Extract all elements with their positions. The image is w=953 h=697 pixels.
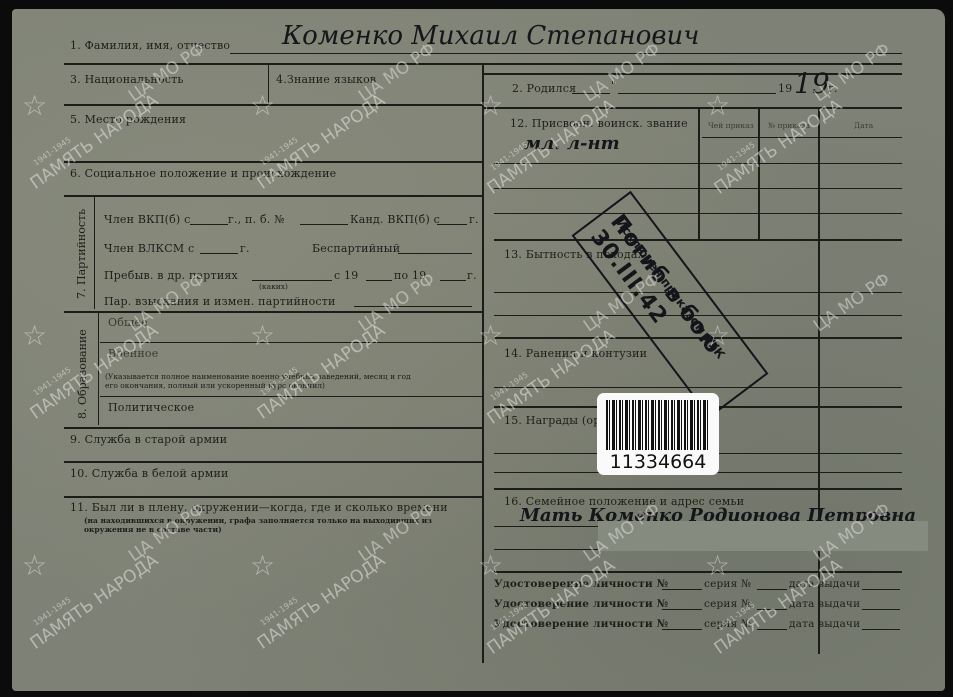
col-date-header: Дата [854,121,873,130]
barcode-icon [606,400,710,450]
field-1-label: 1. Фамилия, имя, отчество [70,39,230,52]
other-parties-sublabel: (каких) [259,282,288,291]
vlksm-year: г. [240,242,250,255]
field-9-label: 9. Служба в старой армии [70,433,227,446]
star-watermark-icon: ☆ [250,92,275,120]
vkp-member-label: Член ВКП(б) с [104,213,190,226]
divider [64,311,482,313]
vlksm-member-label: Член ВЛКСМ с [104,242,194,255]
table-line [494,163,902,164]
year-prefix: 19 [778,82,792,95]
blank-line [440,280,466,281]
star-watermark-icon: ☆ [478,552,503,580]
blank-line [190,224,228,225]
divider [100,342,482,343]
divider [94,197,95,309]
barcode-number: 11334664 [597,451,719,473]
blank-line [662,589,702,590]
non-party-label: Беспартийный [312,242,400,255]
blank-line [662,629,702,630]
star-watermark-icon: ☆ [705,92,730,120]
blank-line [398,253,472,254]
field-2-label: 2. Родился [512,82,576,95]
blank-line [862,589,900,590]
penalties-label: Пар. взыскания и измен. партийности [104,295,336,308]
divider [64,195,482,197]
star-watermark-icon: ☆ [22,552,47,580]
blank-line [618,93,776,94]
education-note-line1: (Указывается полное наименование военно-… [105,372,411,381]
name-underline [230,53,902,54]
divider [698,109,700,239]
star-watermark-icon: ☆ [250,322,275,350]
field-11-note-line1: (на находившихся в окружении, графа запо… [84,516,432,525]
vkp-candidate-label: Канд. ВКП(б) с [350,213,440,226]
vkp-card-label: г., п. б. № [228,213,285,226]
star-watermark-icon: ☆ [250,552,275,580]
blank-line [662,609,702,610]
section-7-label: 7. Партийность [75,209,88,299]
education-political-label: Политическое [108,401,194,414]
handwritten-full-name: Коменко Михаил Степанович [282,21,699,51]
blank-line [366,280,392,281]
blank-line [437,224,467,225]
divider [494,239,902,241]
barcode-label: 11334664 [597,393,719,475]
table-line [494,213,902,214]
field-10-label: 10. Служба в белой армии [70,467,229,480]
id-date-label: дата выдачи [789,618,860,630]
other-parties-label: Пребыв. в др. партиях [104,269,238,282]
blank-line [300,224,348,225]
divider [494,488,902,490]
divider [64,461,482,463]
table-line [494,188,902,189]
star-watermark-icon: ☆ [22,322,47,350]
star-watermark-icon: ☆ [705,552,730,580]
blank-line [862,609,900,610]
star-watermark-icon: ☆ [478,322,503,350]
star-watermark-icon: ☆ [22,92,47,120]
divider [64,496,482,498]
from-19-label: с 19 [334,269,358,282]
field-11-label: 11. Был ли в плену, окружении—когда, где… [70,501,448,514]
divider [64,427,482,429]
blank-line [252,280,332,281]
star-watermark-icon: ☆ [705,322,730,350]
year-suffix: г. [469,213,479,226]
col-order-header: Чей приказ [708,121,754,130]
blank-line [862,629,900,630]
year-suffix: г. [467,269,477,282]
blank-line [200,253,238,254]
star-watermark-icon: ☆ [478,92,503,120]
